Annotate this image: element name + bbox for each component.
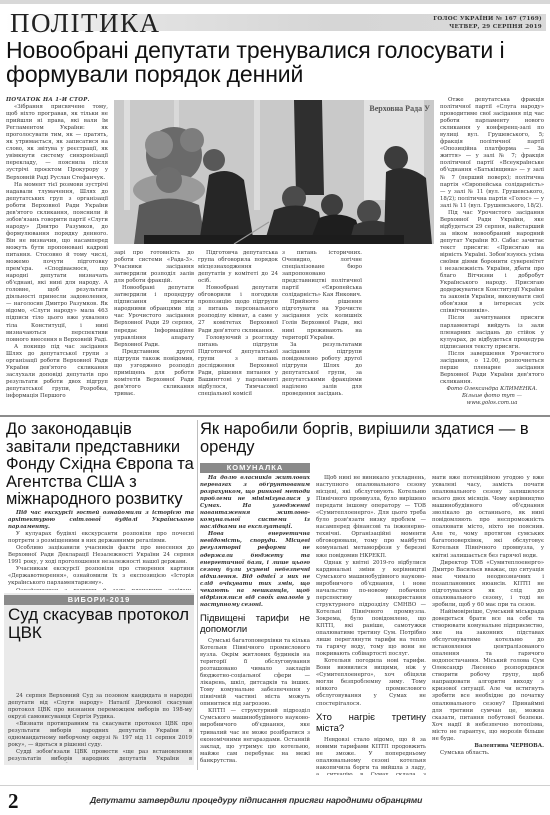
paragraph: Отже депутатська фракція політичної парт… — [440, 97, 544, 210]
article-left-title: До законодавців завітали представники Фо… — [6, 421, 196, 509]
paragraph: «Визнати протиправним та скасувати прото… — [8, 721, 192, 749]
paragraph: Ознайомилися з гостями й залу пленарних … — [8, 588, 194, 590]
top-border — [0, 0, 550, 4]
paragraph: А поки­що під час засідання Шлях до депу… — [6, 344, 108, 400]
paragraph: Судді зобов'язали ЦВК провести «ще раз в… — [8, 749, 192, 763]
lead-article-col-5: Отже депутатська фракція політичної парт… — [440, 97, 544, 413]
lead-article-photo: Верховна Рада У — [114, 100, 434, 244]
lead-article-col-3: Підготовча депутатська група обговорила … — [198, 250, 278, 412]
photo-scene-icon — [114, 100, 434, 244]
page-number: 2 — [8, 790, 19, 812]
debts-col-2: Щоб нині не виникало ускладнень, наступн… — [316, 475, 426, 775]
paragraph: 24 серпня Верховний Суд за позовом канди… — [8, 693, 192, 721]
paragraph: На момент тієї розмови зустрічі надавали… — [6, 182, 108, 344]
paragraph: Після завершення Урочистого засідання, о… — [440, 351, 544, 386]
paragraph: з питань історичних. Очевидно, логічне с… — [282, 250, 362, 299]
photo-more-link[interactable]: Більше фото тут — www.golos.com.ua — [440, 393, 544, 407]
debts-col-1: На долю власників житлових перевагах з о… — [200, 475, 310, 775]
paragraph: Котельня погодила нові тарифи. Вони вияв… — [316, 658, 426, 707]
paragraph: Учасникам екскурсії розповіли про створе… — [8, 566, 194, 587]
paragraph: У кулуарах будівлі екскурсанти розповіли… — [8, 531, 194, 545]
paragraph: Особливо зацікавили учасників факти про … — [8, 545, 194, 566]
masthead: ГОЛОС УКРАЇНИ № 167 (7169) ЧЕТВЕР, 29 СЕ… — [433, 16, 542, 31]
paragraph: Підготовча депутатська група обговорила … — [198, 250, 278, 285]
paragraph: Представник другої підгрупи також повідо… — [114, 349, 194, 398]
paragraph: Найімовірніше, Сумський міськрада доведе… — [432, 609, 544, 743]
paragraph: Однак у квітні 2019-го відбулися кардина… — [316, 560, 426, 659]
footer-rule — [0, 785, 550, 786]
section-rubric: ПОЛІТИКА — [10, 9, 160, 37]
footer-teaser[interactable]: Депутати затвердили процедуру підписання… — [90, 795, 422, 805]
column-rule — [197, 420, 198, 770]
debts-author: Валентина ЧЕРНОВА. — [432, 743, 544, 750]
paragraph: Прийнято рішення підготувати на Урочисте… — [282, 299, 362, 341]
court-article-body: 24 серпня Верховний Суд за позовом канди… — [8, 693, 192, 763]
debts-subhead-2: Хто нагріє третину міста? — [316, 712, 426, 734]
paragraph: зарі про готовність до роботи системи «Р… — [114, 250, 194, 285]
paragraph: КПТП — структурний підрозділ Сумського м… — [200, 708, 310, 764]
communal-band: КОМУНАЛКА — [200, 463, 310, 473]
paragraph: Після зачитування присяги парламентарі в… — [440, 315, 544, 350]
lead-article-col-1: ПОЧАТОК НА 1-Й СТОР. «Зібрання присвячен… — [6, 97, 108, 413]
lead-article-title: Новообрані депутати тренувалися голосува… — [6, 38, 546, 86]
continuation-kicker: ПОЧАТОК НА 1-Й СТОР. — [6, 97, 108, 104]
paragraph: «Зібрання присвячене тому, щоб ніхто про… — [6, 104, 108, 182]
paragraph: Невдовзі стало відомо, що й за новими та… — [316, 737, 426, 775]
paragraph: Новообрані депутати затвердили і процеду… — [114, 285, 194, 348]
paragraph: Під час Урочистого засідання Верховної Р… — [440, 210, 544, 316]
paragraph: Директор ТОВ «Сумитеплоенерго» Дмитро Ва… — [432, 560, 544, 609]
debts-subhead-1: Підвищені тарифи не допомогли — [200, 613, 310, 635]
paragraph: Головуючий з розгляду питань підгрупи Пі… — [198, 335, 278, 398]
paragraph: Сумські багатоповерхівки та кілька Котел… — [200, 638, 310, 708]
debts-region: Сумська область. — [432, 750, 544, 757]
section-divider — [0, 415, 550, 417]
lead-article-col-2: зарі про готовність до роботи системи «Р… — [114, 250, 194, 412]
court-article-title: Суд скасував протокол ЦВК — [8, 606, 192, 642]
debts-col-3: мати вже потенційною угодою у вже ухвале… — [432, 475, 544, 775]
paragraph: Новообрані депутати обговорили і погодил… — [198, 285, 278, 334]
photo-background-sign: Верховна Рада У — [369, 104, 430, 113]
debts-lead-2: Нова енергетична невідомість, споруди. М… — [200, 531, 310, 609]
paragraph: мати вже потенційною угодою у вже ухвале… — [432, 475, 544, 560]
paragraph: За результатами засідання підгрупи повід… — [282, 342, 362, 398]
masthead-issue: ГОЛОС УКРАЇНИ № 167 (7169) — [433, 16, 542, 24]
article-left-body: Під час екскурсії гостей ознайомили з іс… — [8, 510, 194, 590]
debts-lead: На долю власників житлових перевагах з о… — [200, 475, 310, 531]
paragraph: Щоб нині не виникало ускладнень, наступн… — [316, 475, 426, 560]
debts-article-title: Як наробили боргів, вирішили здатися — в… — [200, 421, 540, 456]
photo-credit: Фото Олександра КЛИМЕНКА. — [440, 386, 544, 393]
elections-band: ВИБОРИ-2019 — [4, 595, 194, 605]
masthead-date: ЧЕТВЕР, 29 СЕРПНЯ 2019 — [433, 24, 542, 32]
lead-article-col-4: з питань історичних. Очевидно, логічне с… — [282, 250, 362, 412]
article-left-lead: Під час екскурсії гостей ознайомили з іс… — [8, 510, 194, 531]
